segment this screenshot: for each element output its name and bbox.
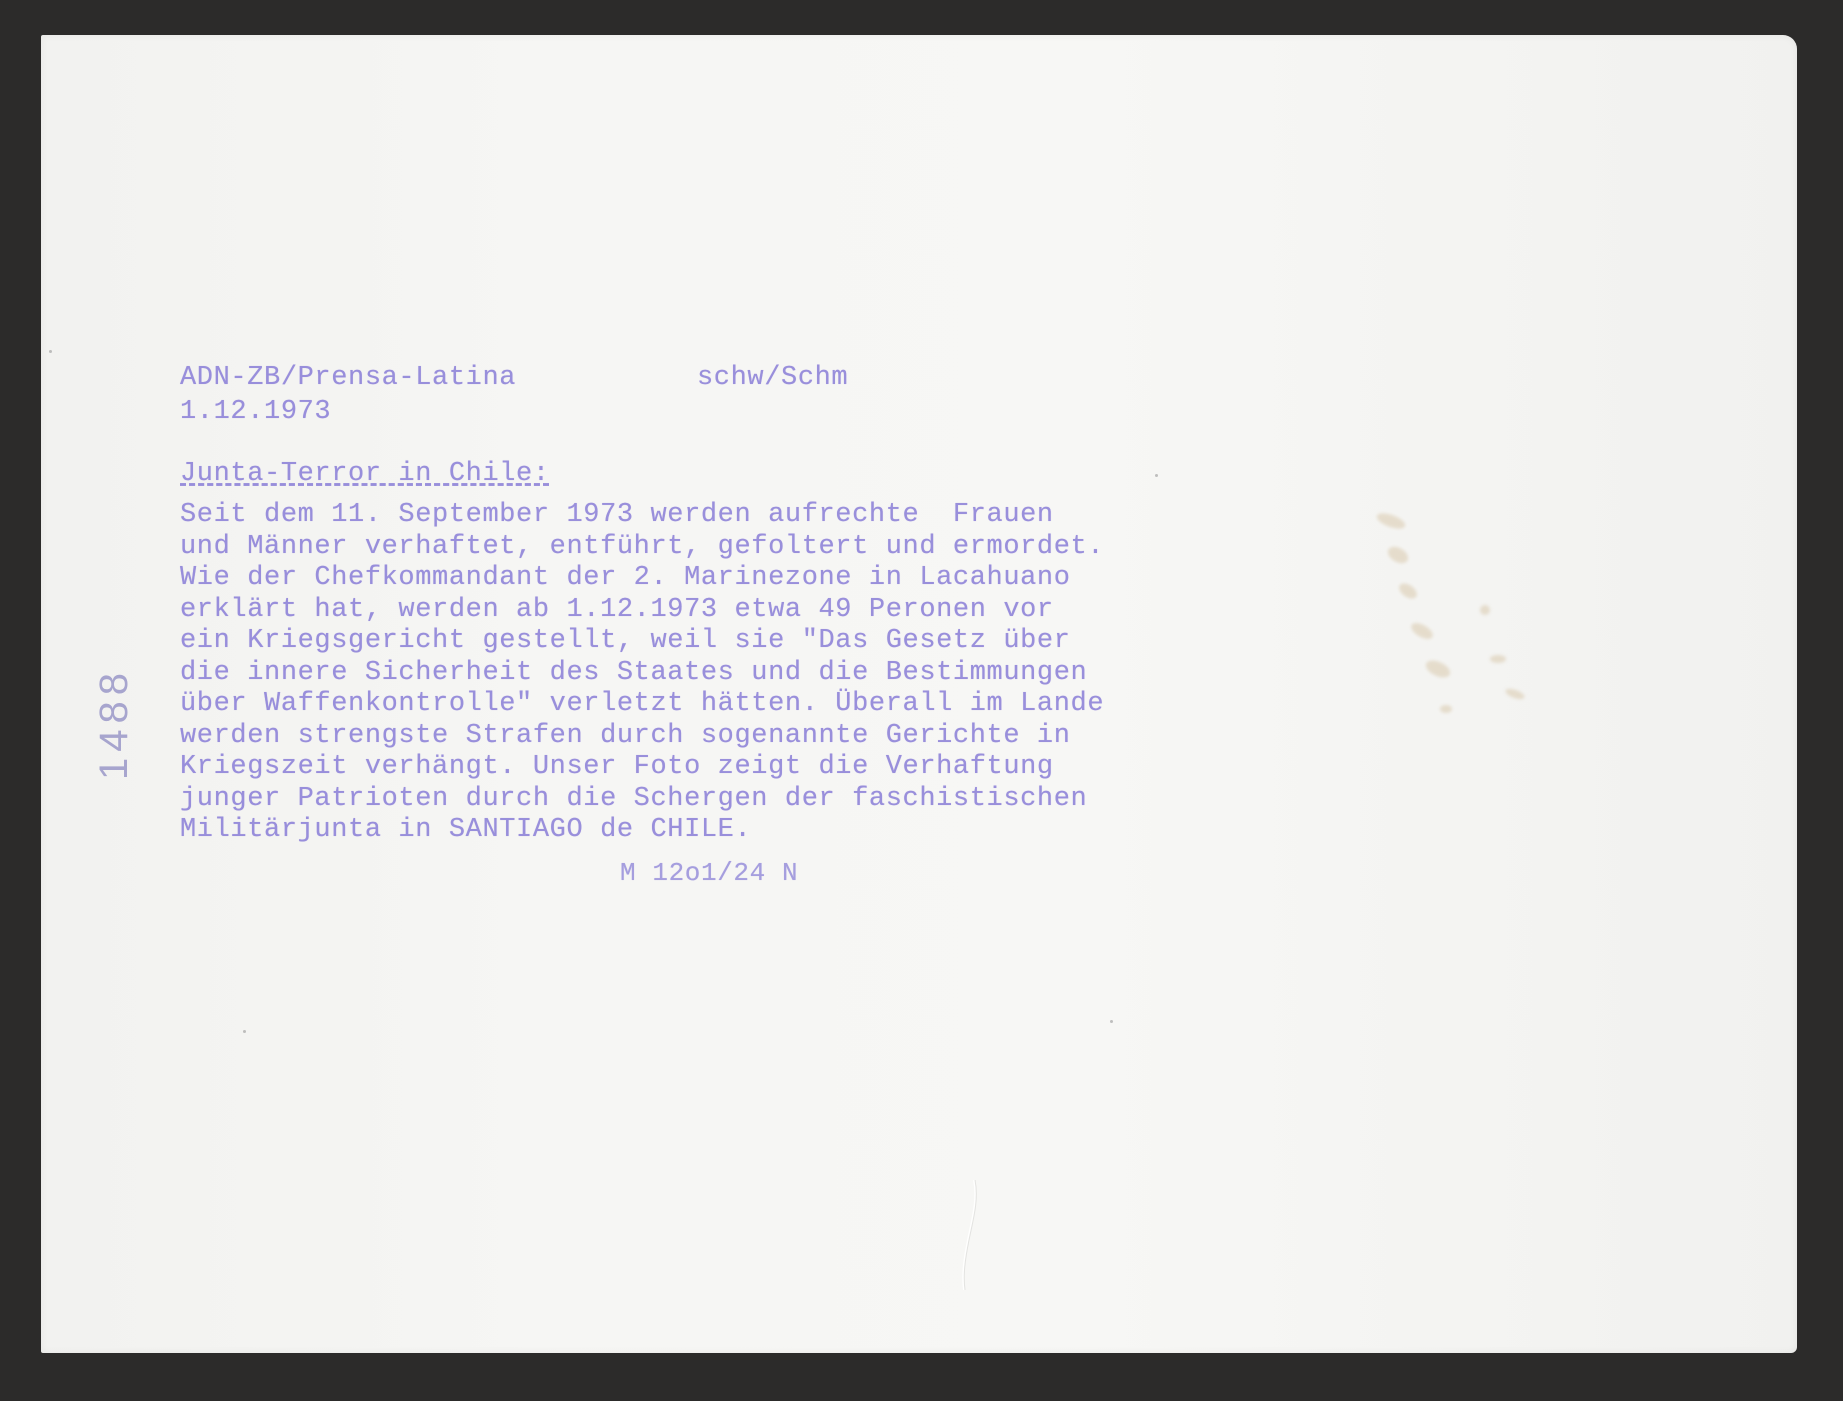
author-code: schw/Schm xyxy=(697,363,848,394)
caption-body: Seit dem 11. September 1973 werden aufre… xyxy=(180,500,1104,847)
paper-crease xyxy=(958,1180,982,1290)
caption-line: werden strengste Strafen durch sogenannt… xyxy=(180,721,1104,753)
reference-code: M 12o1/24 N xyxy=(620,858,798,889)
caption-line: ein Kriegsgericht gestellt, weil sie "Da… xyxy=(180,626,1104,658)
archive-number-stamp: 1488 xyxy=(92,667,137,780)
scan-background: ADN-ZB/Prensa-Latina schw/Schm 1.12.1973… xyxy=(0,0,1843,1401)
caption-line: über Waffenkontrolle" verletzt hätten. Ü… xyxy=(180,689,1104,721)
caption-line: Wie der Chefkommandant der 2. Marinezone… xyxy=(180,563,1104,595)
caption-date: 1.12.1973 xyxy=(180,397,331,428)
caption-line: junger Patrioten durch die Schergen der … xyxy=(180,784,1104,816)
caption-line: und Männer verhaftet, entführt, gefolter… xyxy=(180,532,1104,564)
caption-line: Kriegszeit verhängt. Unser Foto zeigt di… xyxy=(180,752,1104,784)
caption-line: Seit dem 11. September 1973 werden aufre… xyxy=(180,500,1104,532)
caption-headline: Junta-Terror in Chile: xyxy=(180,459,550,490)
caption-line: erklärt hat, werden ab 1.12.1973 etwa 49… xyxy=(180,595,1104,627)
caption-line: Militärjunta in SANTIAGO de CHILE. xyxy=(180,815,1104,847)
caption-line: die innere Sicherheit des Staates und di… xyxy=(180,658,1104,690)
agency-credit: ADN-ZB/Prensa-Latina xyxy=(180,363,516,394)
